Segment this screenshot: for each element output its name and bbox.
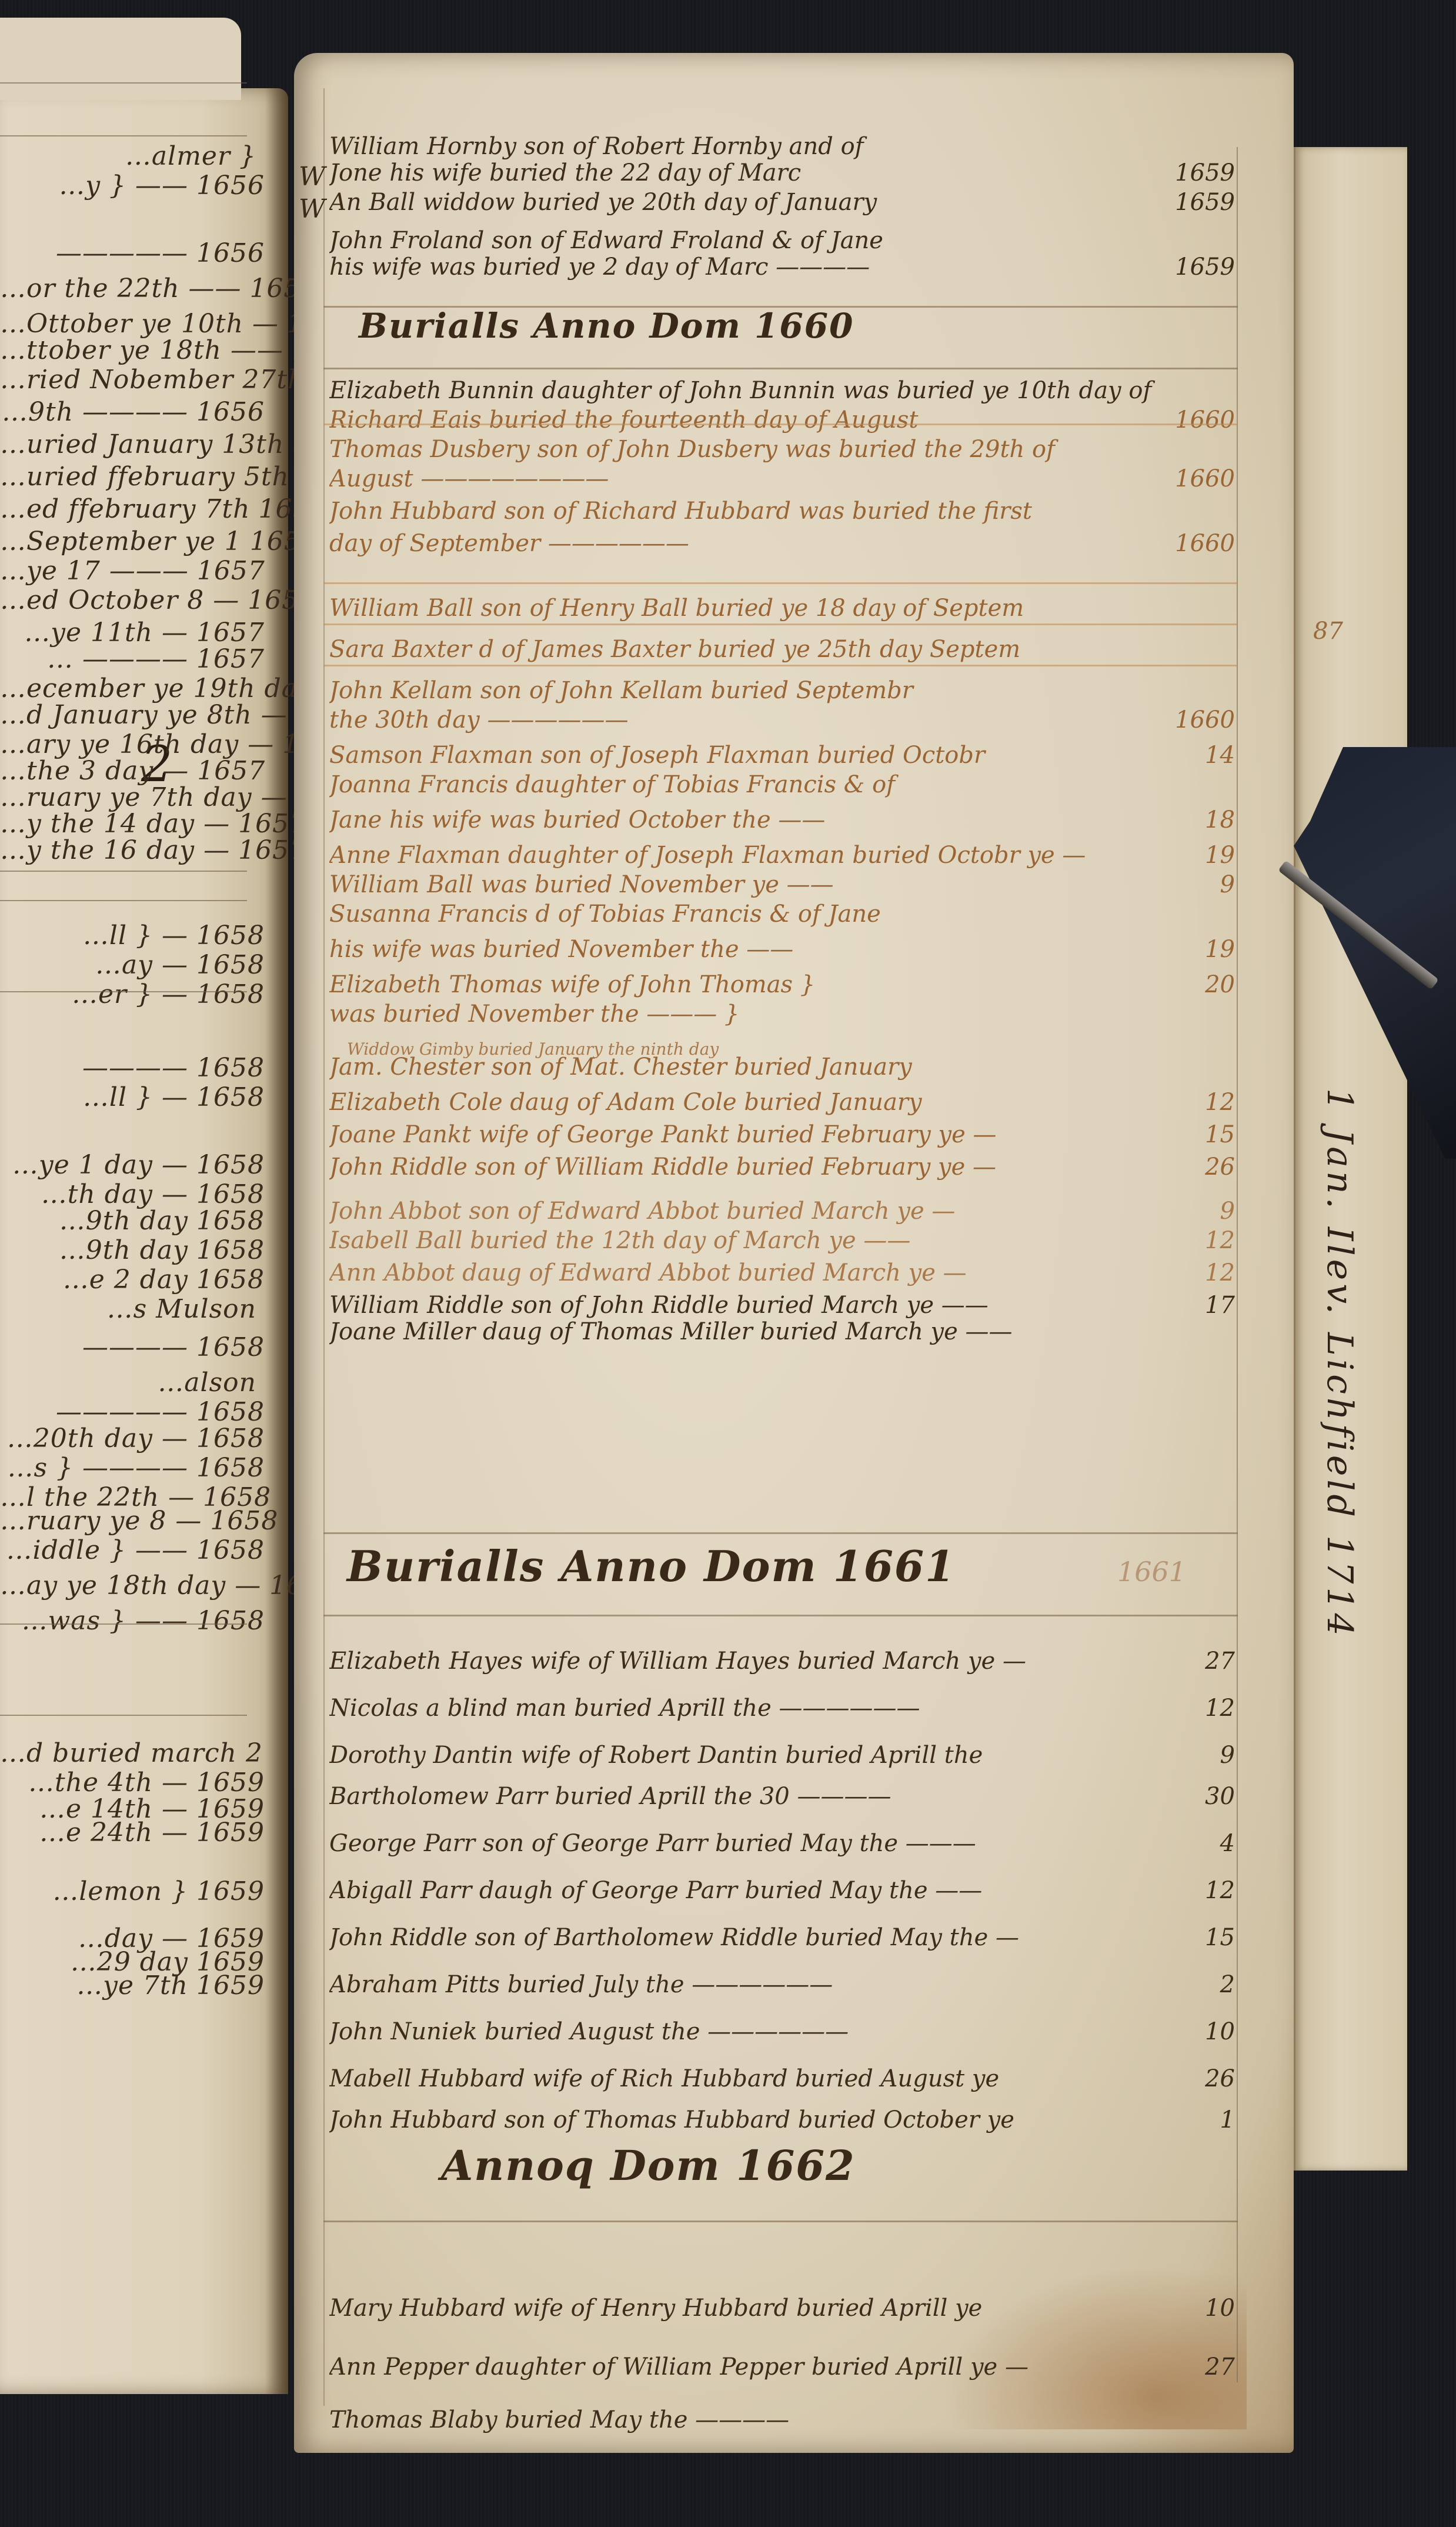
burial-entry: Abigall Parr daugh of George Parr buried… xyxy=(329,1876,1235,1905)
heading-aside-note: 1661 xyxy=(1117,1556,1186,1588)
burial-entry: Joane Pankt wife of George Pankt buried … xyxy=(329,1121,1235,1149)
burial-entry: William Ball son of Henry Ball buried ye… xyxy=(329,594,1235,622)
left-page-line: …d January ye 8th —1657 xyxy=(0,700,265,730)
entry-day: 1660 xyxy=(1175,706,1235,734)
ruled-line xyxy=(0,82,247,84)
burial-entry: Jane his wife was buried October the ——1… xyxy=(329,806,1235,834)
entry-text: Abraham Pitts buried July the —————— xyxy=(329,1971,1171,1999)
left-line-year: 1658 xyxy=(196,1535,265,1565)
left-line-year: 1658 xyxy=(196,1453,265,1483)
left-page-line: …9th day1658 xyxy=(0,1235,265,1265)
left-page-line: … ————1657 xyxy=(0,644,265,674)
entry-text: John Hubbard son of Thomas Hubbard burie… xyxy=(329,2106,1171,2134)
entry-text: Thomas Dusbery son of John Dusbery was b… xyxy=(329,435,1171,464)
entry-text: Anne Flaxman daughter of Joseph Flaxman … xyxy=(329,841,1171,869)
left-page-line: …ried Nobember 27th —1656 xyxy=(0,365,265,395)
right-page: W W William Hornby son of Robert Hornby … xyxy=(294,53,1294,2453)
left-page-line: …th day —1658 xyxy=(0,1179,265,1209)
left-line-text: …was } —— xyxy=(22,1606,188,1636)
entry-text: Mary Hubbard wife of Henry Hubbard burie… xyxy=(329,2294,1171,2322)
left-line-text: …e 24th — xyxy=(39,1818,188,1848)
entry-text: Mabell Hubbard wife of Rich Hubbard buri… xyxy=(329,2065,1171,2093)
burial-entry: Ann Pepper daughter of William Pepper bu… xyxy=(329,2353,1235,2381)
left-page-line: …September ye 11657 xyxy=(0,526,265,556)
entry-text: Richard Eais buried the fourteenth day o… xyxy=(329,406,1164,434)
left-line-text: …ary ye 16th day — xyxy=(0,729,274,759)
burial-entry: William Hornby son of Robert Hornby and … xyxy=(329,132,1235,161)
left-line-year: 1658 xyxy=(196,979,265,1009)
entry-text: John Abbot son of Edward Abbot buried Ma… xyxy=(329,1197,1171,1225)
entry-day: 27 xyxy=(1182,2353,1235,2381)
left-page-line: …9th ————1656 xyxy=(0,397,265,427)
burial-entry: the 30th day ——————1660 xyxy=(329,706,1235,734)
burial-entry: Elizabeth Bunnin daughter of John Bunnin… xyxy=(329,376,1235,405)
left-line-year: 1657 xyxy=(196,644,265,674)
entry-text: Joanna Francis daughter of Tobias Franci… xyxy=(329,771,1171,799)
burial-entry: Ann Abbot daug of Edward Abbot buried Ma… xyxy=(329,1259,1235,1287)
left-page-line: …ruary ye 8 —1658 xyxy=(0,1506,265,1536)
burial-entry: Bartholomew Parr buried Aprill the 30 ——… xyxy=(329,1782,1235,1811)
left-line-text: …ay — xyxy=(95,950,188,980)
left-page-line: …ll } —1658 xyxy=(0,1082,265,1112)
left-line-text: … ———— xyxy=(47,644,188,674)
left-line-text: …ll } — xyxy=(83,921,188,951)
ruled-line xyxy=(323,624,1238,625)
left-line-year: 1658 xyxy=(196,950,265,980)
left-line-year: 1658 xyxy=(196,1179,265,1209)
burial-entry: Dorothy Dantin wife of Robert Dantin bur… xyxy=(329,1741,1235,1769)
left-line-text: …9th ———— xyxy=(2,397,188,427)
burial-entry: Anne Flaxman daughter of Joseph Flaxman … xyxy=(329,841,1235,869)
burial-entry: Elizabeth Cole daug of Adam Cole buried … xyxy=(329,1088,1235,1116)
left-line-year: 1656 xyxy=(196,238,265,268)
left-line-text: …Ottober ye 10th — xyxy=(0,309,279,339)
entry-text: William Ball was buried November ye —— xyxy=(329,871,1171,899)
burial-entry: John Froland son of Edward Froland & of … xyxy=(329,226,1235,255)
burial-entry: Samson Flaxman son of Joseph Flaxman bur… xyxy=(329,741,1235,769)
left-line-text: …20th day — xyxy=(7,1423,188,1453)
guard-strip: 87 1 Jan. Ilev. Lichfield 1714 xyxy=(1294,147,1407,2171)
burial-entry: John Kellam son of John Kellam buried Se… xyxy=(329,676,1235,705)
burial-entry: John Riddle son of William Riddle buried… xyxy=(329,1153,1235,1181)
ruled-line xyxy=(0,135,247,136)
entry-text: his wife was buried November the —— xyxy=(329,935,1171,964)
left-line-year: 1657 xyxy=(197,756,265,786)
entry-day: 1660 xyxy=(1175,529,1235,558)
entry-day: 18 xyxy=(1182,806,1235,834)
year-heading: Annoq Dom 1662 xyxy=(441,2141,856,2190)
left-line-text: …s } ———— xyxy=(7,1453,188,1483)
entry-day: 26 xyxy=(1182,2065,1235,2093)
left-line-text: …y the 16 day — xyxy=(0,835,230,865)
burial-entry: Mary Hubbard wife of Henry Hubbard burie… xyxy=(329,2294,1235,2322)
entry-day: 20 xyxy=(1182,971,1235,999)
entry-day: 9 xyxy=(1182,871,1235,899)
entry-text: Sara Baxter d of James Baxter buried ye … xyxy=(329,635,1171,664)
entry-day: 4 xyxy=(1182,1829,1235,1858)
left-line-text: …the 3 day — xyxy=(0,756,189,786)
left-line-text: …e 2 day xyxy=(63,1265,188,1295)
left-page-line: —————1658 xyxy=(0,1397,265,1427)
left-page-line: …or the 22th ——1656 xyxy=(0,274,265,304)
entry-day: 9 xyxy=(1182,1197,1235,1225)
left-page-line: …ye 17 ———1657 xyxy=(0,556,265,586)
left-margin-rule xyxy=(323,88,325,2406)
margin-note: W xyxy=(299,194,325,224)
left-line-text: …ye 11th — xyxy=(24,618,188,648)
left-line-year: 1658 xyxy=(196,1082,265,1112)
left-page-line: …s Mulson xyxy=(0,1294,265,1324)
entry-text: William Riddle son of John Riddle buried… xyxy=(329,1291,1171,1319)
entry-text: Jone his wife buried the 22 day of Marc xyxy=(329,159,1164,187)
left-line-year: 1658 xyxy=(196,1397,265,1427)
left-line-text: …ruary ye 8 — xyxy=(0,1506,202,1536)
left-line-text: …ruary ye 7th day — xyxy=(0,782,288,812)
left-line-text: …ay ye 18th day — xyxy=(0,1571,261,1601)
burial-entry: William Ball was buried November ye ——9 xyxy=(329,871,1235,899)
left-page-line: …e 2 day1658 xyxy=(0,1265,265,1295)
left-page-line: …the 3 day —1657 xyxy=(0,756,265,786)
burial-entry: Jone his wife buried the 22 day of Marc1… xyxy=(329,159,1235,187)
left-line-year: 1659 xyxy=(196,1876,265,1906)
ruled-line xyxy=(0,1623,247,1625)
entry-day: 12 xyxy=(1182,1876,1235,1905)
left-page-line: …ed ffebruary 7th1656 xyxy=(0,494,265,524)
entry-text: his wife was buried ye 2 day of Marc ———… xyxy=(329,253,1164,281)
vertical-inscription: 1 Jan. Ilev. Lichfield 1714 xyxy=(1319,1088,1360,1639)
left-page-line: …ttober ye 18th ——1656 xyxy=(0,335,265,365)
left-line-year: 1659 xyxy=(196,1971,265,2001)
burial-entry: Susanna Francis d of Tobias Francis & of… xyxy=(329,900,1235,928)
burial-entry: An Ball widdow buried ye 20th day of Jan… xyxy=(329,188,1235,216)
burial-entry: Elizabeth Hayes wife of William Hayes bu… xyxy=(329,1647,1235,1675)
left-line-year: 1658 xyxy=(196,1206,265,1236)
ruled-line xyxy=(323,424,1238,425)
burial-entry: Sara Baxter d of James Baxter buried ye … xyxy=(329,635,1235,664)
left-line-text: …d January ye 8th — xyxy=(0,700,288,730)
left-line-text: …ed ffebruary 7th xyxy=(0,494,250,524)
left-line-text: …9th day xyxy=(59,1235,188,1265)
entry-text: William Hornby son of Robert Hornby and … xyxy=(329,132,1171,161)
left-page-line: …ay ye 18th day —1658 xyxy=(0,1571,265,1601)
folio-number: 87 xyxy=(1313,618,1343,645)
burial-entry: Jam. Chester son of Mat. Chester buried … xyxy=(329,1053,1235,1081)
left-line-text: …y } —— xyxy=(59,171,188,201)
entry-text: Ann Pepper daughter of William Pepper bu… xyxy=(329,2353,1171,2381)
entry-day: 14 xyxy=(1182,741,1235,769)
left-line-year: 1658 xyxy=(196,921,265,951)
left-line-year: 1658 xyxy=(196,1235,265,1265)
burial-entry: Elizabeth Thomas wife of John Thomas }20 xyxy=(329,971,1235,999)
entry-day: 1659 xyxy=(1175,253,1235,281)
left-page-line: —————1656 xyxy=(0,238,265,268)
entry-text: Joane Miller daug of Thomas Miller burie… xyxy=(329,1318,1171,1346)
left-line-text: ———— xyxy=(82,1053,188,1083)
left-page-line: ————1658 xyxy=(0,1332,265,1362)
entry-text: John Riddle son of William Riddle buried… xyxy=(329,1153,1171,1181)
entry-day: 12 xyxy=(1182,1088,1235,1116)
left-page-line: …e 24th —1659 xyxy=(0,1818,265,1848)
entry-text: Ann Abbot daug of Edward Abbot buried Ma… xyxy=(329,1259,1171,1287)
burial-entry: was buried November the ——— } xyxy=(329,1000,1235,1028)
left-page-line: …uried January 13th xyxy=(0,429,265,459)
ruled-line xyxy=(0,1715,247,1716)
left-line-text: …ye 7th xyxy=(76,1971,188,2001)
entry-text: An Ball widdow buried ye 20th day of Jan… xyxy=(329,188,1164,216)
entry-text: Elizabeth Cole daug of Adam Cole buried … xyxy=(329,1088,1171,1116)
left-line-text: …the 4th — xyxy=(28,1768,188,1798)
entry-day: 12 xyxy=(1182,1226,1235,1255)
entry-day: 10 xyxy=(1182,2018,1235,2046)
entry-text: Isabell Ball buried the 12th day of Marc… xyxy=(329,1226,1171,1255)
left-line-year: 1656 xyxy=(196,397,265,427)
burial-entry: Richard Eais buried the fourteenth day o… xyxy=(329,406,1235,434)
burial-entry: George Parr son of George Parr buried Ma… xyxy=(329,1829,1235,1858)
burial-entry: Joanna Francis daughter of Tobias Franci… xyxy=(329,771,1235,799)
entry-day: 15 xyxy=(1182,1121,1235,1149)
left-page-line: …lemon }1659 xyxy=(0,1876,265,1906)
left-line-text: …or the 22th —— xyxy=(0,274,242,304)
left-page-line: …ecember ye 19th day1657 xyxy=(0,674,265,704)
entry-day: 10 xyxy=(1182,2294,1235,2322)
entry-text: Dorothy Dantin wife of Robert Dantin bur… xyxy=(329,1741,1171,1769)
burial-entry: John Riddle son of Bartholomew Riddle bu… xyxy=(329,1923,1235,1952)
left-line-year: 1658 xyxy=(196,1265,265,1295)
left-page-line: …ye 1 day —1658 xyxy=(0,1150,265,1180)
burial-entry: Mabell Hubbard wife of Rich Hubbard buri… xyxy=(329,2065,1235,2093)
entry-day: 26 xyxy=(1182,1153,1235,1181)
left-page-line: …ed October 8 —1657 xyxy=(0,585,265,615)
burial-entry: Thomas Dusbery son of John Dusbery was b… xyxy=(329,435,1235,464)
burial-entry: Joane Miller daug of Thomas Miller burie… xyxy=(329,1318,1235,1346)
left-page-line: …ruary ye 7th day —1657 xyxy=(0,782,265,812)
entry-day: 2 xyxy=(1182,1971,1235,1999)
entry-day: 27 xyxy=(1182,1647,1235,1675)
ruled-line xyxy=(323,1532,1238,1534)
entry-text: day of September —————— xyxy=(329,529,1164,558)
burial-entry: John Abbot son of Edward Abbot buried Ma… xyxy=(329,1197,1235,1225)
left-page-line: …ay —1658 xyxy=(0,950,265,980)
left-page-line: …ye 7th1659 xyxy=(0,1971,265,2001)
left-line-year: 1658 xyxy=(196,1423,265,1453)
left-line-text: …lemon } xyxy=(52,1876,188,1906)
entry-day: 1659 xyxy=(1175,188,1235,216)
left-line-text: …y the 14 day — xyxy=(0,809,230,839)
left-line-text: …alson xyxy=(158,1368,256,1398)
burial-entry: day of September ——————1660 xyxy=(329,529,1235,558)
left-page-line: …almer } xyxy=(0,141,265,171)
entry-text: Elizabeth Thomas wife of John Thomas } xyxy=(329,971,1171,999)
entry-day: 1660 xyxy=(1175,465,1235,493)
burial-entry: his wife was buried November the ——19 xyxy=(329,935,1235,964)
left-line-text: …September ye 1 xyxy=(0,526,242,556)
entry-day: 17 xyxy=(1182,1291,1235,1319)
entry-day: 1 xyxy=(1182,2106,1235,2134)
left-page-line: …alson xyxy=(0,1368,265,1398)
burial-entry: Isabell Ball buried the 12th day of Marc… xyxy=(329,1226,1235,1255)
ruled-line xyxy=(323,582,1238,584)
ruled-line xyxy=(323,2221,1238,2222)
left-line-year: 1659 xyxy=(196,1768,265,1798)
entry-text: Joane Pankt wife of George Pankt buried … xyxy=(329,1121,1171,1149)
entry-day: 30 xyxy=(1182,1782,1235,1811)
entry-text: John Kellam son of John Kellam buried Se… xyxy=(329,676,1171,705)
left-line-year: 1658 xyxy=(196,1053,265,1083)
ruled-line xyxy=(0,900,247,901)
ruled-line xyxy=(0,991,247,992)
left-line-text: …th day — xyxy=(41,1179,188,1209)
left-page-line: …Ottober ye 10th —1656 xyxy=(0,309,265,339)
burial-entry: his wife was buried ye 2 day of Marc ———… xyxy=(329,253,1235,281)
left-page-line: …iddle } ——1658 xyxy=(0,1535,265,1565)
ruled-line xyxy=(0,871,247,872)
left-line-text: …s Mulson xyxy=(107,1294,256,1324)
left-line-year: 1657 xyxy=(196,618,265,648)
left-line-text: …er } — xyxy=(72,979,188,1009)
entry-text: George Parr son of George Parr buried Ma… xyxy=(329,1829,1171,1858)
year-heading: Burialls Anno Dom 1660 xyxy=(359,306,854,346)
left-line-text: …uried ffebruary 5th xyxy=(0,462,289,492)
left-line-text: …ttober ye 18th —— xyxy=(0,335,283,365)
entry-text: Bartholomew Parr buried Aprill the 30 ——… xyxy=(329,1782,1171,1811)
ruled-line xyxy=(323,665,1238,666)
entry-text: Elizabeth Bunnin daughter of John Bunnin… xyxy=(329,376,1171,405)
entry-day: 19 xyxy=(1182,841,1235,869)
left-page-line: …er } —1658 xyxy=(0,979,265,1009)
burial-entry: John Nuniek buried August the ——————10 xyxy=(329,2018,1235,2046)
entry-text: John Nuniek buried August the —————— xyxy=(329,2018,1171,2046)
left-line-text: …ll } — xyxy=(83,1082,188,1112)
entry-text: Jam. Chester son of Mat. Chester buried … xyxy=(329,1053,1171,1081)
left-line-text: …9th day xyxy=(59,1206,188,1236)
left-page-line: …was } ——1658 xyxy=(0,1606,265,1636)
entry-text: August ———————— xyxy=(329,465,1164,493)
left-page-fragment: 2 …almer }…y } ——1656—————1656…or the 22… xyxy=(0,88,288,2394)
left-line-text: …iddle } —— xyxy=(6,1535,188,1565)
burial-entry: Nicolas a blind man buried Aprill the ——… xyxy=(329,1694,1235,1722)
left-page-top-edge xyxy=(0,18,241,100)
entry-text: Nicolas a blind man buried Aprill the ——… xyxy=(329,1694,1171,1722)
left-line-text: …ye 1 day — xyxy=(12,1150,188,1180)
left-page-line: …uried ffebruary 5th xyxy=(0,462,265,492)
entry-text: was buried November the ——— } xyxy=(329,1000,1171,1028)
left-line-text: ————— xyxy=(56,1397,188,1427)
left-page-line: …y } ——1656 xyxy=(0,171,265,201)
left-line-text: …ed October 8 — xyxy=(0,585,239,615)
burial-entry: John Hubbard son of Thomas Hubbard burie… xyxy=(329,2106,1235,2134)
water-stain xyxy=(941,2265,1247,2429)
entry-day: 12 xyxy=(1182,1694,1235,1722)
left-line-text: …ecember ye 19th day xyxy=(0,674,313,704)
left-line-year: 1658 xyxy=(196,1150,265,1180)
left-page-line: …ll } —1658 xyxy=(0,921,265,951)
burial-entry: Thomas Blaby buried May the ———— xyxy=(329,2406,1235,2434)
entry-day: 12 xyxy=(1182,1259,1235,1287)
entry-text: Susanna Francis d of Tobias Francis & of… xyxy=(329,900,1171,928)
entry-text: Abigall Parr daugh of George Parr buried… xyxy=(329,1876,1171,1905)
entry-day: 19 xyxy=(1182,935,1235,964)
entry-text: John Hubbard son of Richard Hubbard was … xyxy=(329,497,1171,525)
left-line-text: ————— xyxy=(56,238,188,268)
entry-day: 9 xyxy=(1182,1741,1235,1769)
burial-entry: Abraham Pitts buried July the ——————2 xyxy=(329,1971,1235,1999)
left-page-line: …d buried march 2 xyxy=(0,1738,265,1768)
entry-text: William Ball son of Henry Ball buried ye… xyxy=(329,594,1171,622)
entry-text: Samson Flaxman son of Joseph Flaxman bur… xyxy=(329,741,1171,769)
left-page-line: …y the 16 day —1657 xyxy=(0,835,265,865)
left-page-line: …9th day1658 xyxy=(0,1206,265,1236)
burial-entry: William Riddle son of John Riddle buried… xyxy=(329,1291,1235,1319)
entry-day: 1659 xyxy=(1175,159,1235,187)
left-page-line: …y the 14 day —1657 xyxy=(0,809,265,839)
left-line-year: 1659 xyxy=(196,1818,265,1848)
ruled-line xyxy=(323,368,1238,369)
left-line-text: …uried January 13th xyxy=(0,429,284,459)
entry-text: Thomas Blaby buried May the ———— xyxy=(329,2406,1171,2434)
left-page-line: …s } ————1658 xyxy=(0,1453,265,1483)
margin-note: W xyxy=(299,162,325,192)
entry-text: John Riddle son of Bartholomew Riddle bu… xyxy=(329,1923,1171,1952)
left-line-text: …almer } xyxy=(125,141,256,171)
year-heading: Burialls Anno Dom 1661 xyxy=(347,1541,956,1591)
left-page-line: …20th day —1658 xyxy=(0,1423,265,1453)
burial-entry: John Hubbard son of Richard Hubbard was … xyxy=(329,497,1235,525)
entry-text: John Froland son of Edward Froland & of … xyxy=(329,226,1171,255)
entry-day: 15 xyxy=(1182,1923,1235,1952)
left-line-text: …ye 17 ——— xyxy=(0,556,189,586)
entry-day: 1660 xyxy=(1175,406,1235,434)
left-page-line: …ary ye 16th day —1657 xyxy=(0,729,265,759)
left-line-year: 1657 xyxy=(197,556,265,586)
entry-text: Elizabeth Hayes wife of William Hayes bu… xyxy=(329,1647,1171,1675)
right-margin-rule xyxy=(1237,147,1238,2382)
left-line-year: 1658 xyxy=(196,1606,265,1636)
left-line-year: 1658 xyxy=(196,1332,265,1362)
left-line-year: 1656 xyxy=(196,171,265,201)
left-line-text: ———— xyxy=(82,1332,188,1362)
left-page-line: ————1658 xyxy=(0,1053,265,1083)
ruled-line xyxy=(323,1615,1238,1616)
left-line-text: …d buried march 2 xyxy=(0,1738,263,1768)
entry-text: the 30th day —————— xyxy=(329,706,1164,734)
entry-text: Jane his wife was buried October the —— xyxy=(329,806,1171,834)
left-line-text: …ried Nobember 27th — xyxy=(0,365,340,395)
burial-entry: August ————————1660 xyxy=(329,465,1235,493)
left-page-line: …ye 11th —1657 xyxy=(0,618,265,648)
left-page-line: …the 4th —1659 xyxy=(0,1768,265,1798)
left-line-year: 1658 xyxy=(210,1506,278,1536)
